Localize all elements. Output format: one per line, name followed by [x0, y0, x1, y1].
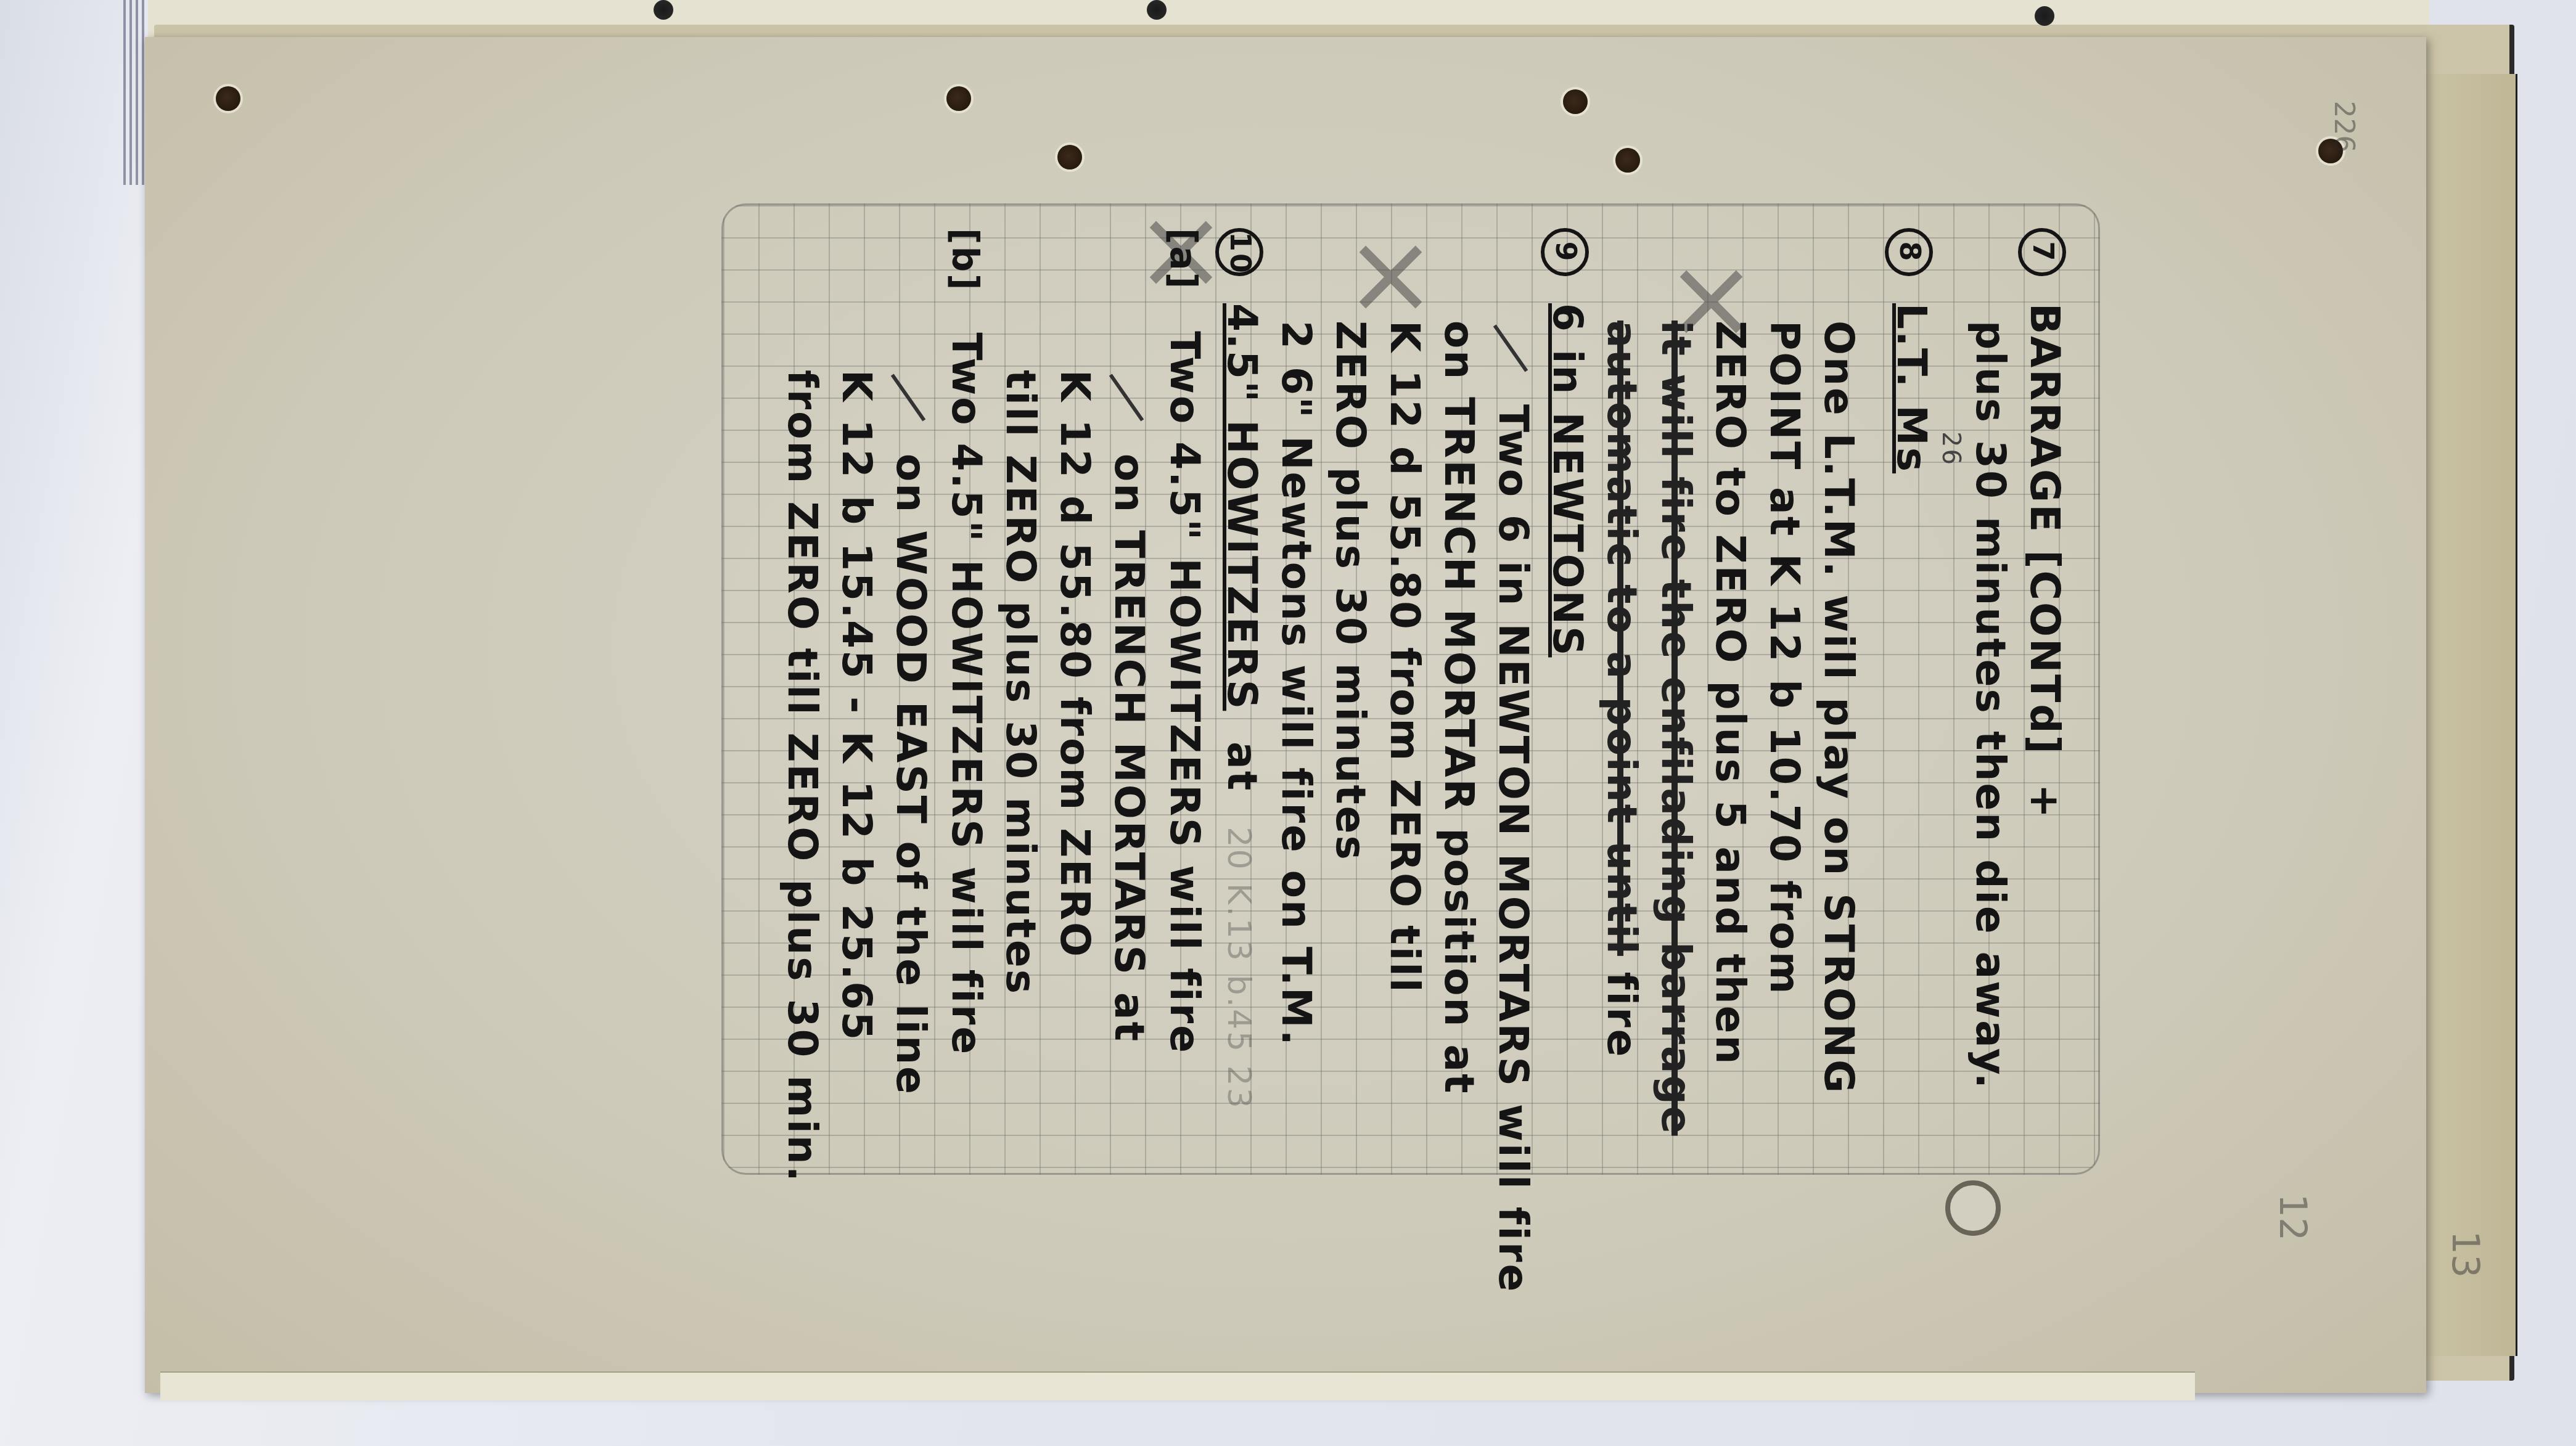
- text-line: K 12 b 15.45 - K 12 b 25.65: [829, 228, 884, 1165]
- punch-hole-icon: [1563, 89, 1588, 114]
- correction-note: 26: [1938, 228, 1963, 1165]
- text-line: 2 6" Newtons will fire on T.M.: [1269, 228, 1323, 1165]
- check-mark-icon: [891, 374, 926, 421]
- punch-hole-icon: [1615, 148, 1640, 173]
- punch-hole-icon: [216, 86, 240, 111]
- page-number-faint: 226: [2328, 101, 2360, 153]
- text-line: Two 4.5" HOWITZERS will fire: [943, 333, 990, 1056]
- text-line: Two 6 in NEWTON MORTARS will fire: [1490, 404, 1537, 1293]
- text-line: from ZERO till ZERO plus 30 min.: [775, 228, 829, 1165]
- punch-hole-icon: [654, 0, 673, 20]
- hole-reinforcer-icon: [1945, 1180, 2001, 1236]
- punch-hole-icon: [1057, 145, 1082, 170]
- next-page-edge: [2423, 74, 2517, 1356]
- text-line: till ZERO plus 30 minutes: [993, 228, 1048, 1165]
- subsection-label: [a]: [1156, 228, 1210, 290]
- margin-marker: +: [2021, 784, 2069, 820]
- section-ltms: 8 L.T. Ms One L.T.M. will play on STRONG…: [1594, 228, 1938, 1165]
- subsection-label: [b]: [938, 228, 992, 292]
- text-line: K 12 d 55.80 from ZERO: [1048, 228, 1102, 1165]
- section-heading: L.T. Ms: [1888, 303, 1935, 473]
- text-line: on TRENCH MORTAR position at: [1432, 228, 1486, 1165]
- section-newtons: 9 6 in NEWTONS Two 6 in NEWTON MORTARS w…: [1269, 228, 1594, 1165]
- text-line: One L.T.M. will play on STRONG: [1811, 228, 1866, 1165]
- section-number: 9: [1541, 228, 1589, 276]
- section-number: 7: [2018, 228, 2066, 276]
- text-line: POINT at K 12 b 10.70 from: [1757, 228, 1811, 1165]
- struck-text-line: it will fire the enfilading barrage: [1649, 228, 1703, 1165]
- section-barrage: 7 BARRAGE [CONTd] + plus 30 minutes then…: [1938, 228, 2072, 1165]
- text-word: fire: [1598, 972, 1646, 1059]
- check-mark-icon: [1109, 374, 1144, 421]
- margin-scribble: [123, 0, 148, 185]
- text-line: Two 4.5" HOWITZERS will fire: [1161, 331, 1208, 1055]
- section-heading: 6 in NEWTONS: [1544, 303, 1591, 658]
- text-line: on WOOD EAST of the line: [887, 454, 935, 1096]
- page-number: 13: [2443, 1231, 2487, 1278]
- section-heading: BARRAGE [CONTd]: [2021, 303, 2069, 756]
- background-sheet-bottom: [160, 1371, 2195, 1400]
- text-line: K 12 d 55.80 from ZERO till: [1377, 228, 1432, 1165]
- handwritten-orders: 7 BARRAGE [CONTd] + plus 30 minutes then…: [775, 228, 2072, 1165]
- section-howitzers: 10 4.5" HOWITZERS at 20 K.13 b.45 23 [a]…: [775, 228, 1269, 1165]
- section-heading: 4.5" HOWITZERS: [1218, 303, 1266, 711]
- faint-annotation: 20 K.13 b.45 23: [1220, 827, 1257, 1109]
- text-line: ZERO plus 30 minutes: [1323, 228, 1377, 1165]
- text-line: plus 30 minutes then die away.: [1963, 228, 2017, 1165]
- punch-hole-icon: [946, 86, 971, 111]
- text-line: ZERO to ZERO plus 5 and then: [1703, 228, 1757, 1165]
- check-mark-icon: [1493, 324, 1528, 372]
- text-line: on TRENCH MORTARS at: [1105, 454, 1153, 1043]
- section-number: 10: [1215, 228, 1263, 276]
- punch-hole-icon: [1147, 0, 1167, 20]
- heading-suffix: at: [1218, 741, 1266, 792]
- punch-hole-icon: [2035, 6, 2054, 26]
- struck-text-line: automatic to a point until: [1598, 321, 1646, 956]
- page-number: 12: [2271, 1194, 2314, 1241]
